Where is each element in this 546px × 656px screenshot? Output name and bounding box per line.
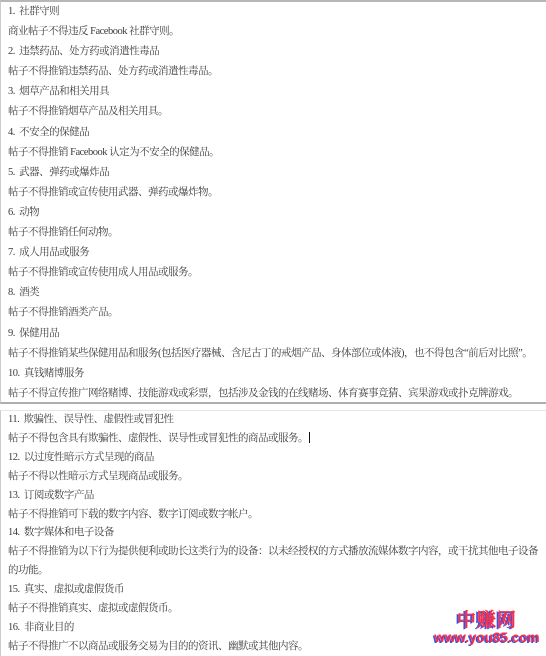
rule-description: 帖子不得宣传推广网络赌博、技能游戏或彩票，包括涉及金钱的在线赌场、体育赛事竞猜、… xyxy=(8,384,546,404)
text-cursor xyxy=(309,432,310,443)
rule-heading: 15. 真实、虚拟或虚假货币 xyxy=(8,581,546,600)
rule-heading: 6. 动物 xyxy=(8,203,546,223)
document-page: 1. 社群守则 商业帖子不得违反 Facebook 社群守则。 2. 违禁药品、… xyxy=(0,0,546,656)
rule-description: 帖子不得推销 Facebook 认定为不安全的保健品。 xyxy=(8,143,546,163)
rule-description: 帖子不得推销或宣传使用成人用品或服务。 xyxy=(8,263,546,283)
rule-description-text: 帖子不得包含具有欺骗性、虚假性、误导性或冒犯性的商品或服务。 xyxy=(8,433,308,444)
rule-heading: 4. 不安全的保健品 xyxy=(8,123,546,143)
rule-description: 帖子不得推销任何动物。 xyxy=(8,223,546,243)
watermark-site-url: www.you85.com xyxy=(428,631,546,645)
rule-heading: 8. 酒类 xyxy=(8,283,546,303)
rule-description: 帖子不得以性暗示方式呈现商品或服务。 xyxy=(8,468,546,487)
rule-heading: 7. 成人用品或服务 xyxy=(8,243,546,263)
rule-description: 帖子不得推销某些保健用品和服务(包括医疗器械、含尼古丁的戒烟产品、身体部位或体液… xyxy=(8,344,546,364)
watermark-site-name: 中赚网 xyxy=(428,611,546,631)
rule-heading: 9. 保健用品 xyxy=(8,324,546,344)
rule-description: 商业帖子不得违反 Facebook 社群守则。 xyxy=(8,22,546,42)
rule-heading: 2. 违禁药品、处方药或消遣性毒品 xyxy=(8,42,546,62)
watermark: 中赚网 www.you85.com xyxy=(428,611,546,645)
rule-description: 帖子不得推销可下载的数字内容、数字订阅或数字帐户。 xyxy=(8,506,546,525)
rule-description: 帖子不得推销烟草产品及相关用具。 xyxy=(8,102,546,122)
rule-heading: 10. 真钱赌博服务 xyxy=(8,364,546,384)
rule-heading: 5. 武器、弹药或爆炸品 xyxy=(8,163,546,183)
rule-heading: 1. 社群守则 xyxy=(8,2,546,22)
rule-description: 帖子不得推销违禁药品、处方药或消遣性毒品。 xyxy=(8,62,546,82)
rule-heading: 11. 欺骗性、误导性、虚假性或冒犯性 xyxy=(8,411,546,430)
rule-heading: 12. 以过度性暗示方式呈现的商品 xyxy=(8,449,546,468)
rule-description: 帖子不得推销为以下行为提供便利或助长这类行为的设备：以未经授权的方式播放流媒体数… xyxy=(8,543,546,581)
rule-heading: 13. 订阅或数字产品 xyxy=(8,487,546,506)
rules-section-1: 1. 社群守则 商业帖子不得违反 Facebook 社群守则。 2. 违禁药品、… xyxy=(0,0,546,404)
rule-description: 帖子不得推销酒类产品。 xyxy=(8,303,546,323)
rule-description: 帖子不得包含具有欺骗性、虚假性、误导性或冒犯性的商品或服务。 xyxy=(8,430,546,449)
rule-heading: 3. 烟草产品和相关用具 xyxy=(8,82,546,102)
rule-heading: 14. 数字媒体和电子设备 xyxy=(8,524,546,543)
rule-description: 帖子不得推销或宣传使用武器、弹药或爆炸物。 xyxy=(8,183,546,203)
